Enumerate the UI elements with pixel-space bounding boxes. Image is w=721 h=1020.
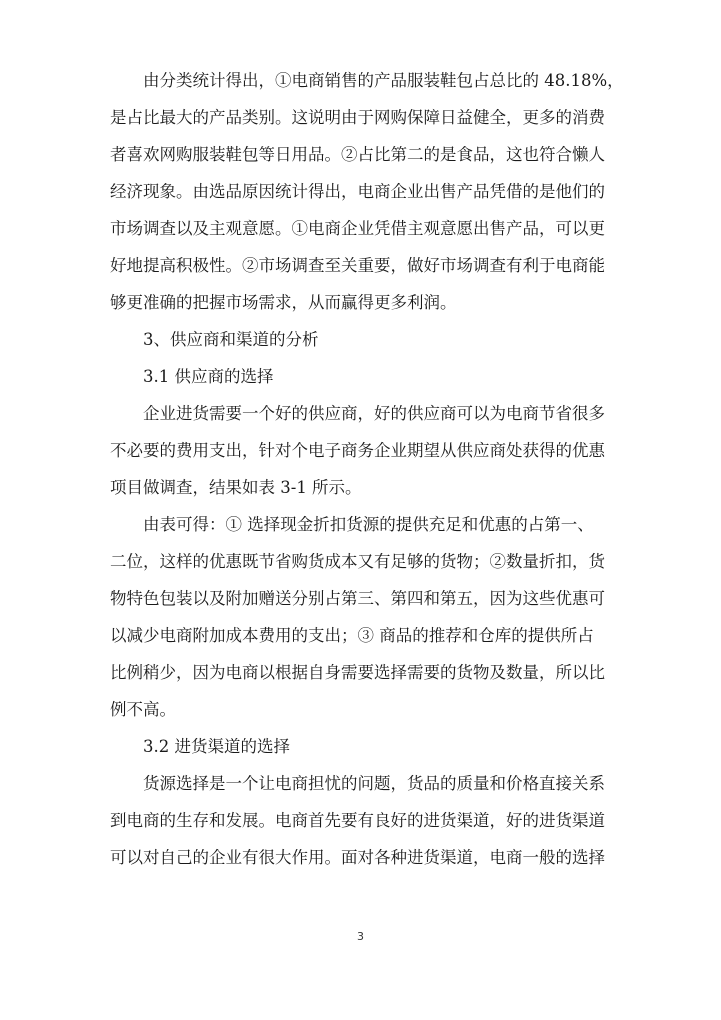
text-line: 好地提高积极性。②市场调查至关重要，做好市场调查有利于电商能 [110, 247, 580, 284]
page-body: 由分类统计得出，①电商销售的产品服装鞋包占总比的 48.18%， 是占比最大的产… [110, 62, 580, 876]
subsection-heading-supplier-selection: 3.1 供应商的选择 [110, 358, 580, 395]
text-line: 经济现象。由选品原因统计得出，电商企业出售产品凭借的是他们的 [110, 173, 580, 210]
text-line: 比例稍少，因为电商以根据自身需要选择需要的货物及数量，所以比 [110, 654, 580, 691]
text-line: 市场调查以及主观意愿。①电商企业凭借主观意愿出售产品，可以更 [110, 210, 580, 247]
section-heading-supplier-channel: 3、供应商和渠道的分析 [110, 321, 580, 358]
paragraph-sales-analysis: 由分类统计得出，①电商销售的产品服装鞋包占总比的 48.18%， 是占比最大的产… [110, 62, 580, 321]
text-line: 不必要的费用支出，针对个电子商务企业期望从供应商处获得的优惠 [110, 432, 580, 469]
page-number: 3 [0, 930, 721, 943]
paragraph-table-findings: 由表可得：① 选择现金折扣货源的提供充足和优惠的占第一、 二位，这样的优惠既节省… [110, 506, 580, 728]
text-line: 由分类统计得出，①电商销售的产品服装鞋包占总比的 48.18%， [110, 62, 580, 99]
text-line: 二位，这样的优惠既节省购货成本又有足够的货物；②数量折扣，货 [110, 543, 580, 580]
text-line: 由表可得：① 选择现金折扣货源的提供充足和优惠的占第一、 [110, 506, 580, 543]
paragraph-channel-selection: 货源选择是一个让电商担忧的问题，货品的质量和价格直接关系 到电商的生存和发展。电… [110, 765, 580, 876]
text-line: 项目做调查，结果如表 3-1 所示。 [110, 469, 580, 506]
text-line: 以减少电商附加成本费用的支出；③ 商品的推荐和仓库的提供所占 [110, 617, 580, 654]
text-line: 够更准确的把握市场需求，从而赢得更多利润。 [110, 284, 580, 321]
text-line: 是占比最大的产品类别。这说明由于网购保障日益健全，更多的消费 [110, 99, 580, 136]
text-line: 货源选择是一个让电商担忧的问题，货品的质量和价格直接关系 [110, 765, 580, 802]
text-line: 企业进货需要一个好的供应商，好的供应商可以为电商节省很多 [110, 395, 580, 432]
text-line: 物特色包装以及附加赠送分别占第三、第四和第五，因为这些优惠可 [110, 580, 580, 617]
text-line: 可以对自己的企业有很大作用。面对各种进货渠道，电商一般的选择 [110, 839, 580, 876]
text-line: 到电商的生存和发展。电商首先要有良好的进货渠道，好的进货渠道 [110, 802, 580, 839]
text-line: 者喜欢网购服装鞋包等日用品。②占比第二的是食品，这也符合懒人 [110, 136, 580, 173]
document-page: 由分类统计得出，①电商销售的产品服装鞋包占总比的 48.18%， 是占比最大的产… [0, 0, 721, 1020]
text-line: 例不高。 [110, 691, 580, 728]
subsection-heading-purchase-channel: 3.2 进货渠道的选择 [110, 728, 580, 765]
paragraph-supplier-survey: 企业进货需要一个好的供应商，好的供应商可以为电商节省很多 不必要的费用支出，针对… [110, 395, 580, 506]
